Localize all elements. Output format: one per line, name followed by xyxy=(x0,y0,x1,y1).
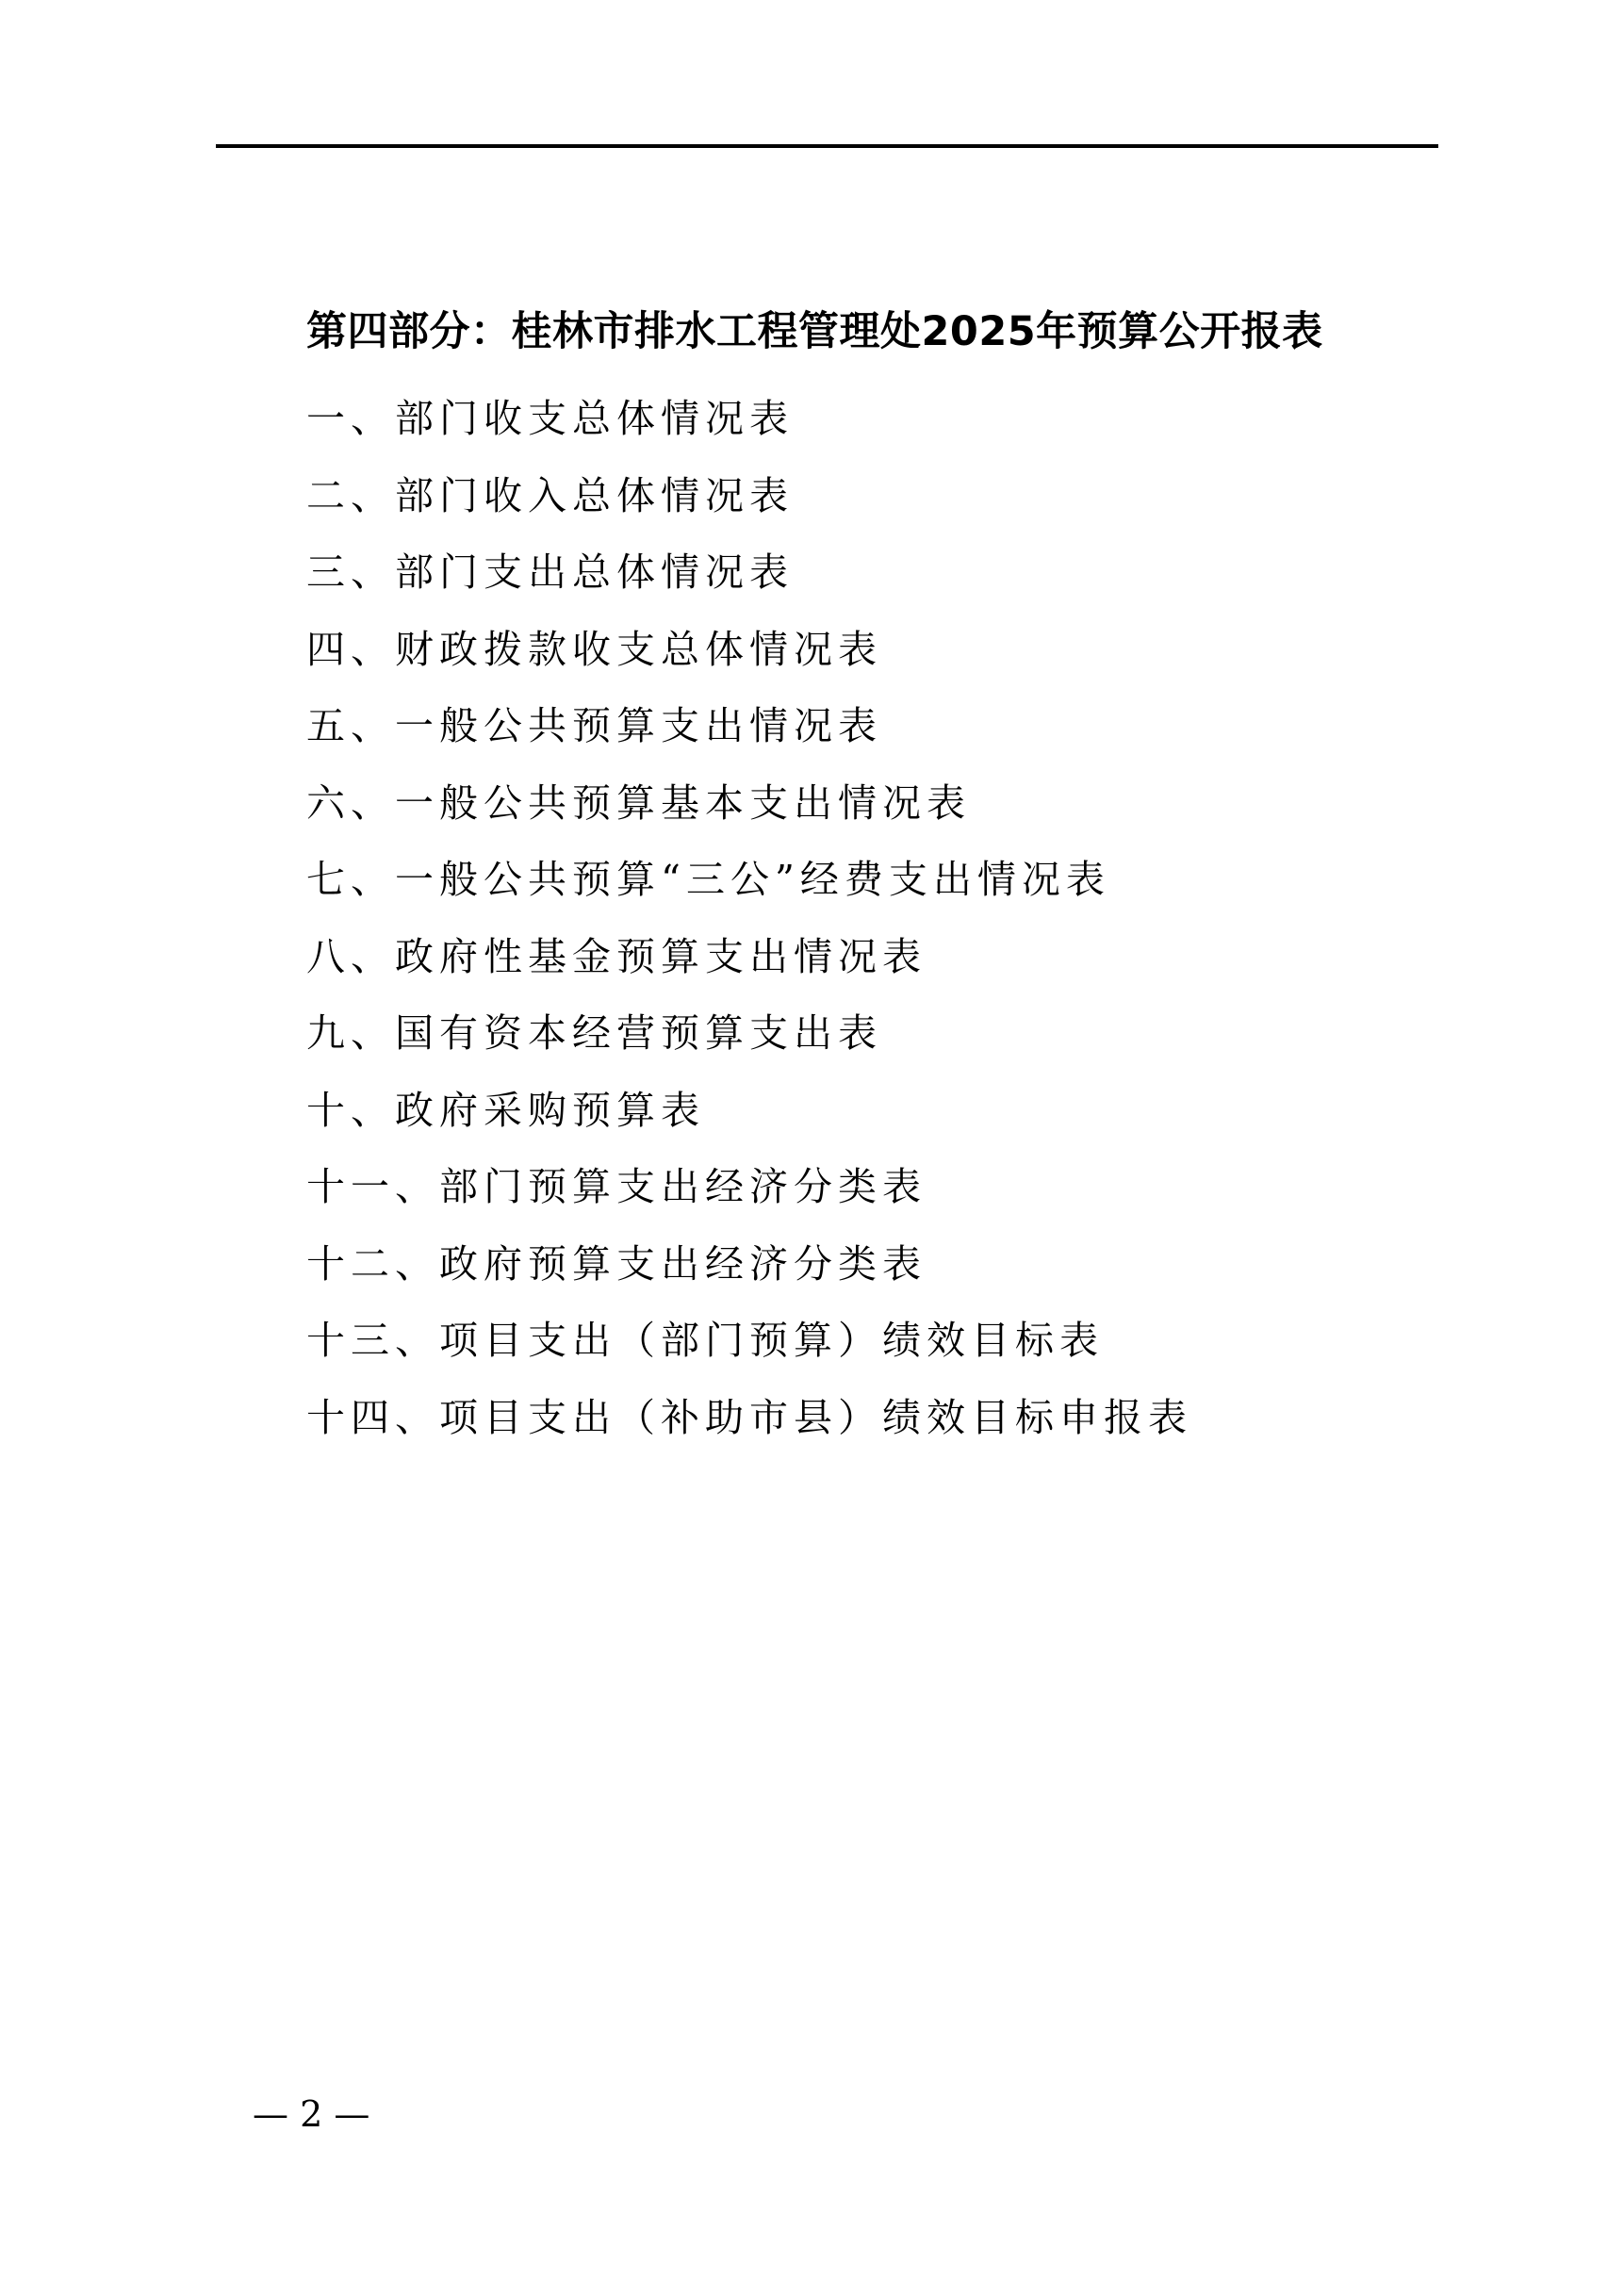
page-title: 第四部分：桂林市排水工程管理处2025年预算公开报表 xyxy=(306,303,1323,360)
toc-item: 十、政府采购预算表 xyxy=(306,1073,1192,1150)
toc-item: 七、一般公共预算“三公”经费支出情况表 xyxy=(306,842,1192,919)
toc-item: 十一、部门预算支出经济分类表 xyxy=(306,1149,1192,1226)
table-of-contents: 一、部门收支总体情况表 二、部门收入总体情况表 三、部门支出总体情况表 四、财政… xyxy=(306,381,1192,1456)
header-rule xyxy=(216,144,1438,148)
toc-item: 五、一般公共预算支出情况表 xyxy=(306,688,1192,765)
toc-item: 九、国有资本经营预算支出表 xyxy=(306,995,1192,1073)
toc-item: 一、部门收支总体情况表 xyxy=(306,381,1192,458)
toc-item: 十二、政府预算支出经济分类表 xyxy=(306,1226,1192,1304)
page-number: — 2 — xyxy=(253,2091,369,2138)
toc-item: 二、部门收入总体情况表 xyxy=(306,458,1192,535)
toc-item: 四、财政拨款收支总体情况表 xyxy=(306,612,1192,689)
toc-item: 十四、项目支出（补助市县）绩效目标申报表 xyxy=(306,1380,1192,1457)
toc-item: 三、部门支出总体情况表 xyxy=(306,534,1192,612)
toc-item: 八、政府性基金预算支出情况表 xyxy=(306,919,1192,996)
toc-item: 十三、项目支出（部门预算）绩效目标表 xyxy=(306,1303,1192,1380)
toc-item: 六、一般公共预算基本支出情况表 xyxy=(306,765,1192,843)
